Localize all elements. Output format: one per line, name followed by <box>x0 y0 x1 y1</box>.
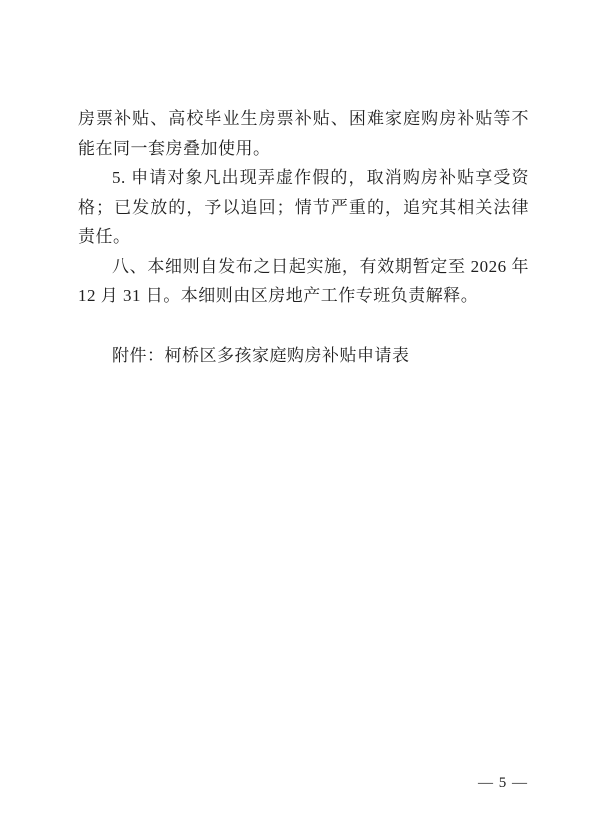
page-footer: — 5 — <box>478 773 528 793</box>
body-paragraph-article-8: 八、本细则自发布之日起实施，有效期暂定至 2026 年 12 月 31 日。本细… <box>78 252 529 311</box>
page-number: — 5 — <box>478 775 528 791</box>
document-page: 房票补贴、高校毕业生房票补贴、困难家庭购房补贴等不能在同一套房叠加使用。 5. … <box>0 0 605 837</box>
document-body: 房票补贴、高校毕业生房票补贴、困难家庭购房补贴等不能在同一套房叠加使用。 5. … <box>78 104 529 370</box>
body-paragraph-continuation: 房票补贴、高校毕业生房票补贴、困难家庭购房补贴等不能在同一套房叠加使用。 <box>78 104 529 163</box>
attachment-line: 附件：柯桥区多孩家庭购房补贴申请表 <box>78 341 529 371</box>
body-paragraph-item-5: 5. 申请对象凡出现弄虚作假的，取消购房补贴享受资格；已发放的，予以追回；情节严… <box>78 163 529 252</box>
